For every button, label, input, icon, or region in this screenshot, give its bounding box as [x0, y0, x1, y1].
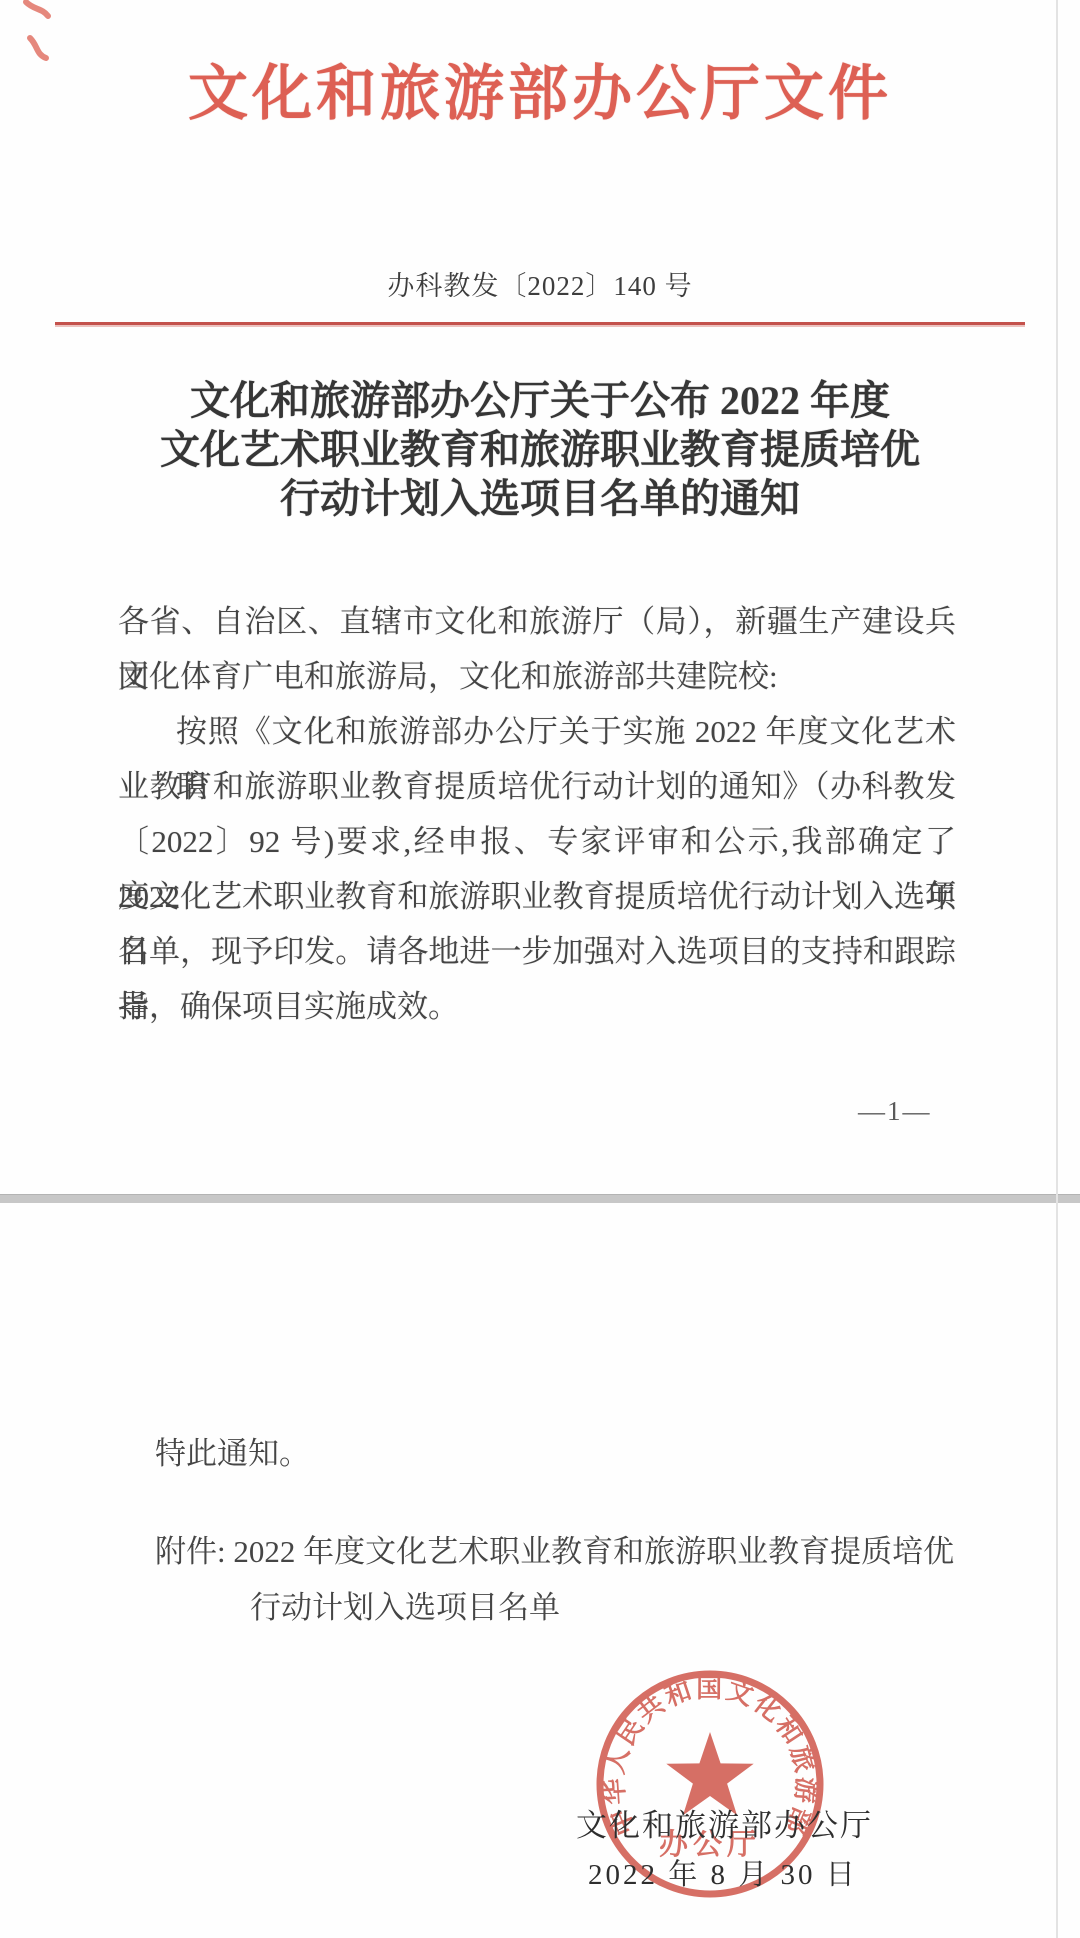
recipient-line: 文化体育广电和旅游局，文化和旅游部共建院校: [118, 649, 956, 704]
body-line: 导，确保项目实施成效。 [118, 979, 956, 1034]
closing-note: 特此通知。 [155, 1428, 310, 1473]
document-body: 各省、自治区、直辖市文化和旅游厅（局），新疆生产建设兵团 文化体育广电和旅游局，… [118, 594, 956, 1034]
body-line: 〔2022〕92 号)要求,经申报、专家评审和公示,我部确定了 2022 年 [118, 814, 956, 869]
scan-edge-line [1056, 0, 1058, 1938]
document-number: 办科教发〔2022〕140 号 [0, 264, 1080, 303]
page-2: 特此通知。 附件: 2022 年度文化艺术职业教育和旅游职业教育提质培优 行动计… [0, 1203, 1080, 1938]
body-line: 度文化艺术职业教育和旅游职业教育提质培优行动计划入选项目 [118, 869, 956, 924]
attachment-note-line-1: 附件: 2022 年度文化艺术职业教育和旅游职业教育提质培优 [155, 1526, 954, 1571]
red-header-title: 文化和旅游部办公厅文件 [0, 46, 1080, 132]
attachment-note-line-2: 行动计划入选项目名单 [250, 1582, 560, 1627]
page-1: 文化和旅游部办公厅文件 办科教发〔2022〕140 号 文化和旅游部办公厅关于公… [0, 0, 1080, 1194]
recipient-line: 各省、自治区、直辖市文化和旅游厅（局），新疆生产建设兵团 [118, 594, 956, 649]
title-line-3: 行动计划入选项目名单的通知 [90, 474, 990, 523]
sign-date: 2022 年 8 月 30 日 [588, 1852, 858, 1893]
page-number: —1— [858, 1096, 932, 1127]
signer-name: 文化和旅游部办公厅 [576, 1800, 873, 1845]
title-line-1: 文化和旅游部办公厅关于公布 2022 年度 [90, 376, 990, 425]
document-title: 文化和旅游部办公厅关于公布 2022 年度 文化艺术职业教育和旅游职业教育提质培… [90, 376, 990, 523]
body-line: 名单，现予印发。请各地进一步加强对入选项目的支持和跟踪指 [118, 924, 956, 979]
red-divider-line [55, 322, 1025, 325]
body-line: 按照《文化和旅游部办公厅关于实施 2022 年度文化艺术职 [118, 704, 956, 759]
body-line: 业教育和旅游职业教育提质培优行动计划的通知》（办科教发 [118, 759, 956, 814]
title-line-2: 文化艺术职业教育和旅游职业教育提质培优 [90, 425, 990, 474]
